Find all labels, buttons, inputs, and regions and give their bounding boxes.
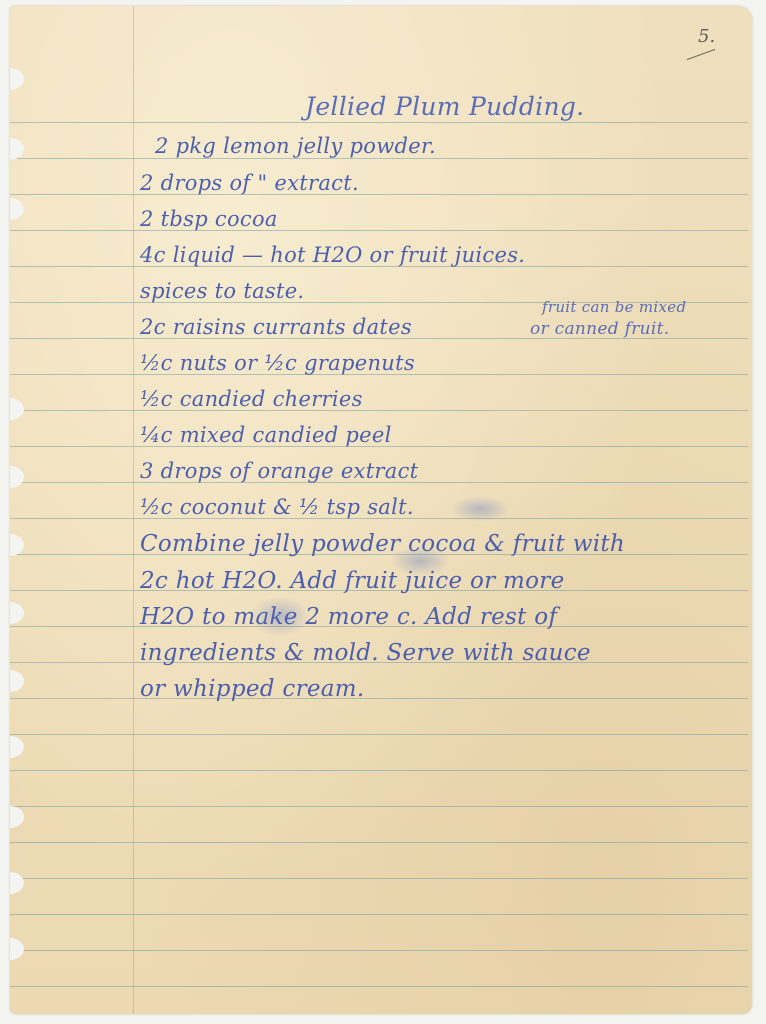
binder-hole [10, 466, 24, 488]
ink-smudge [450, 496, 510, 522]
margin-line [133, 6, 134, 1014]
binder-hole [10, 602, 24, 624]
ruled-line [10, 770, 748, 771]
ruled-line [10, 194, 748, 195]
binder-hole [10, 68, 24, 90]
margin-note: fruit can be mixed [542, 298, 686, 316]
margin-note: or canned fruit. [530, 319, 670, 339]
binder-hole [10, 736, 24, 758]
ingredient-line: ½c candied cherries [140, 387, 363, 411]
ruled-line [10, 158, 748, 159]
notebook-page: 5. Jellied Plum Pudding. 2 pkg lemon jel… [10, 6, 752, 1014]
ruled-line [10, 806, 748, 807]
ingredient-line: spices to taste. [140, 279, 304, 303]
ruled-line [10, 950, 748, 951]
ruled-line [10, 986, 748, 987]
binder-hole [10, 806, 24, 828]
ruled-line [10, 122, 748, 123]
ruled-line [10, 230, 748, 231]
instruction-line: H2O to make 2 more c. Add rest of [140, 604, 557, 630]
ruled-line [10, 878, 748, 879]
page-number: 5. [698, 26, 715, 47]
ingredient-line: 2 drops of " extract. [140, 171, 359, 195]
ingredient-line: 2 tbsp cocoa [140, 207, 278, 231]
binder-hole [10, 938, 24, 960]
ruled-line [10, 410, 748, 411]
binder-hole [10, 670, 24, 692]
page-number-underline [687, 49, 716, 60]
binder-hole [10, 398, 24, 420]
instruction-line: or whipped cream. [140, 676, 365, 702]
ruled-line [10, 698, 748, 699]
ruled-line [10, 914, 748, 915]
ingredient-line: 4c liquid — hot H2O or fruit juices. [140, 243, 525, 267]
instruction-line: ingredients & mold. Serve with sauce [140, 640, 591, 666]
binder-hole [10, 138, 24, 160]
ruled-line [10, 734, 748, 735]
binder-hole [10, 534, 24, 556]
ingredient-line: 3 drops of orange extract [140, 459, 418, 483]
ingredient-line: ¼c mixed candied peel [140, 423, 392, 447]
ingredient-line: 2c raisins currants dates [140, 315, 412, 339]
ruled-line [10, 842, 748, 843]
ingredient-line: 2 pkg lemon jelly powder. [155, 134, 436, 158]
ingredient-line: ½c coconut & ½ tsp salt. [140, 495, 414, 519]
instruction-line: Combine jelly powder cocoa & fruit with [140, 531, 625, 557]
binder-hole [10, 198, 24, 220]
ingredient-line: ½c nuts or ½c grapenuts [140, 351, 415, 375]
instruction-line: 2c hot H2O. Add fruit juice or more [140, 568, 564, 594]
recipe-title: Jellied Plum Pudding. [305, 92, 584, 121]
binder-hole [10, 872, 24, 894]
